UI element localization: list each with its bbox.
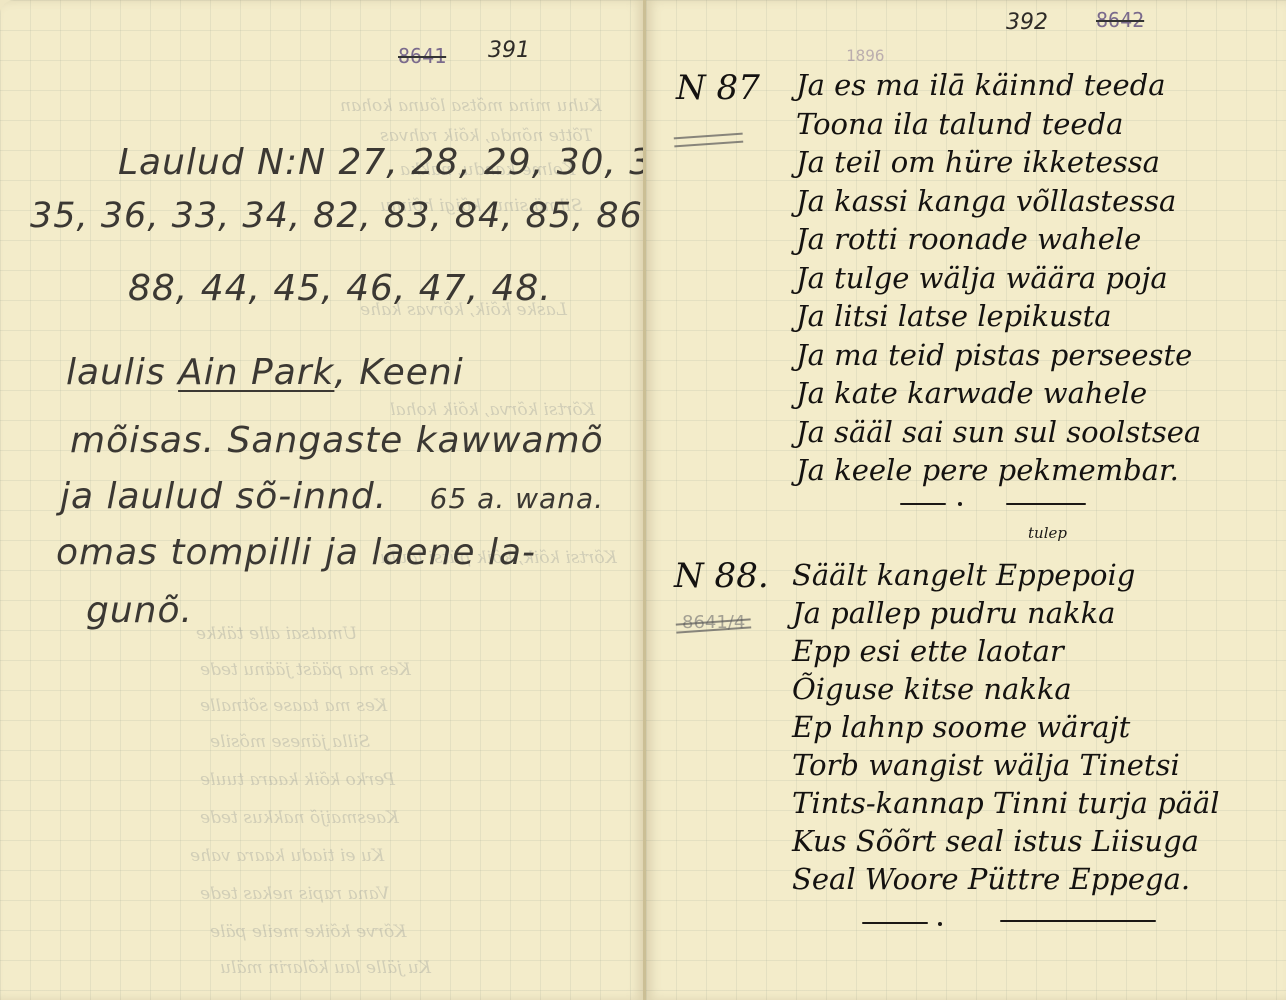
verse-line: Epp esi ette laotar [792, 632, 1220, 670]
struck-margin-note [680, 126, 737, 147]
bleed-through-line: Kuhu mina mõtsa lõuna kohan [340, 96, 602, 116]
bleed-through-line: Kõrve kõike meile päle [210, 922, 406, 942]
song-number-88: N 88. [674, 556, 769, 596]
sang-label: laulis [66, 352, 166, 393]
singer-name: Ain Park [178, 352, 334, 393]
verse-line: Kus Sõõrt seal istus Liisuga [792, 822, 1220, 860]
verse-line: Ja teil om hüre ikketessa [796, 143, 1201, 182]
archive-number-struck: 8642 [1096, 8, 1144, 32]
verse-line: Ja es ma ilā käinnd teeda [796, 66, 1201, 105]
bleed-through-line: Kõrtsi kõrva, kõik kohal [390, 400, 595, 420]
note-line-6: ja laulud sõ-innd. 65 a. wana. [60, 476, 604, 517]
verse-line: Ja litsi latse lepikusta [796, 297, 1201, 336]
verse-line: Ja kate karwade wahele [796, 374, 1201, 413]
note-line-3: 88, 44, 45, 46, 47, 48. [128, 268, 552, 309]
song-number-87: N 87 [676, 68, 760, 108]
verse-line: Ja kassi kanga võllastessa [796, 182, 1201, 221]
bleed-through-line: Silla jänese mõsile [210, 732, 370, 752]
right-page: 392 8642 1896 N 87 Ja es ma ilā käinnd t… [646, 0, 1286, 1000]
bleed-through-line: Ku ei tiadu kaara vahe [190, 846, 384, 866]
separator-dot [958, 502, 962, 506]
separator-dot [938, 922, 942, 926]
separator-rule [1006, 503, 1086, 505]
manuscript-spread: Kuhu mina mõtsa lõuna kohan Tõtte nõnda,… [0, 0, 1286, 1000]
struck-margin-number: 8641/4 [682, 612, 745, 633]
song-88-lyrics: Säält kangelt Eppepoig Ja pallep pudru n… [792, 556, 1220, 898]
note-line-7: omas tompilli ja laene la- [56, 532, 536, 573]
note-line-4: laulis Ain Park, Keeni [66, 352, 464, 393]
note-line-8: gunõ. [86, 590, 193, 631]
verse-line: Ja rotti roonade wahele [796, 220, 1201, 259]
note-line-2: 35, 36, 33, 34, 82, 83, 84, 85, 86, 87, [30, 196, 726, 236]
separator-rule [862, 922, 928, 924]
separator-rule [900, 503, 946, 505]
singer-age: 65 a. wana. [430, 482, 604, 515]
verse-line: Ja keele pere pekmembar. [796, 451, 1201, 490]
verse-line: Ja sääl sai sun sul soolstsea [796, 413, 1201, 452]
note-text: ja laulud sõ-innd. [60, 476, 387, 517]
verse-line: Ja pallep pudru nakka [792, 594, 1220, 632]
archive-number-struck: 8641 [398, 44, 446, 68]
bleed-through-line: Kes ma taase sõtnalle [200, 696, 387, 716]
verse-line: Toona ila talund teeda [796, 105, 1201, 144]
bleed-through-line: Perko kõik kaara tuule [200, 770, 395, 790]
page-number: 391 [488, 38, 530, 63]
bleed-through-line: Kaesmaijõ nakkus tede [200, 808, 399, 828]
bleed-through-line: Umatsai alle täkke [196, 624, 357, 644]
bleed-through-line: Ku jälle lau kõlarin mälu [220, 958, 431, 978]
verse-line: Ja ma teid pistas perseeste [796, 336, 1201, 375]
song-87-lyrics: Ja es ma ilā käinnd teeda Toona ila talu… [796, 66, 1201, 490]
place-name: , Keeni [334, 352, 463, 393]
bleed-through-line: Vana rapis nekas tede [200, 884, 389, 904]
verse-line: Ep lahnp soome wärajt [792, 708, 1220, 746]
faint-stamp: 1896 [846, 46, 885, 65]
verse-line: Ja tulge wälja wäära poja [796, 259, 1201, 298]
verse-line: Seal Woore Püttre Eppega. [792, 860, 1220, 898]
separator-rule [1000, 920, 1156, 922]
verse-line: Torb wangist wälja Tinetsi [792, 746, 1220, 784]
songs-label: Laulud N:N [118, 142, 326, 183]
verse-line: Õiguse kitse nakka [792, 670, 1220, 708]
verse-line: Säält kangelt Eppepoig [792, 556, 1220, 594]
left-page: Kuhu mina mõtsa lõuna kohan Tõtte nõnda,… [0, 0, 644, 1000]
note-line-5: mõisas. Sangaste kawwamõ [70, 420, 604, 461]
insertion-annotation: tulep [1028, 524, 1067, 542]
verse-line: Tints-kannap Tinni turja pääl [792, 784, 1220, 822]
page-number: 392 [1006, 10, 1048, 35]
bleed-through-line: Kes ma pääst jäänu tede [200, 660, 411, 680]
